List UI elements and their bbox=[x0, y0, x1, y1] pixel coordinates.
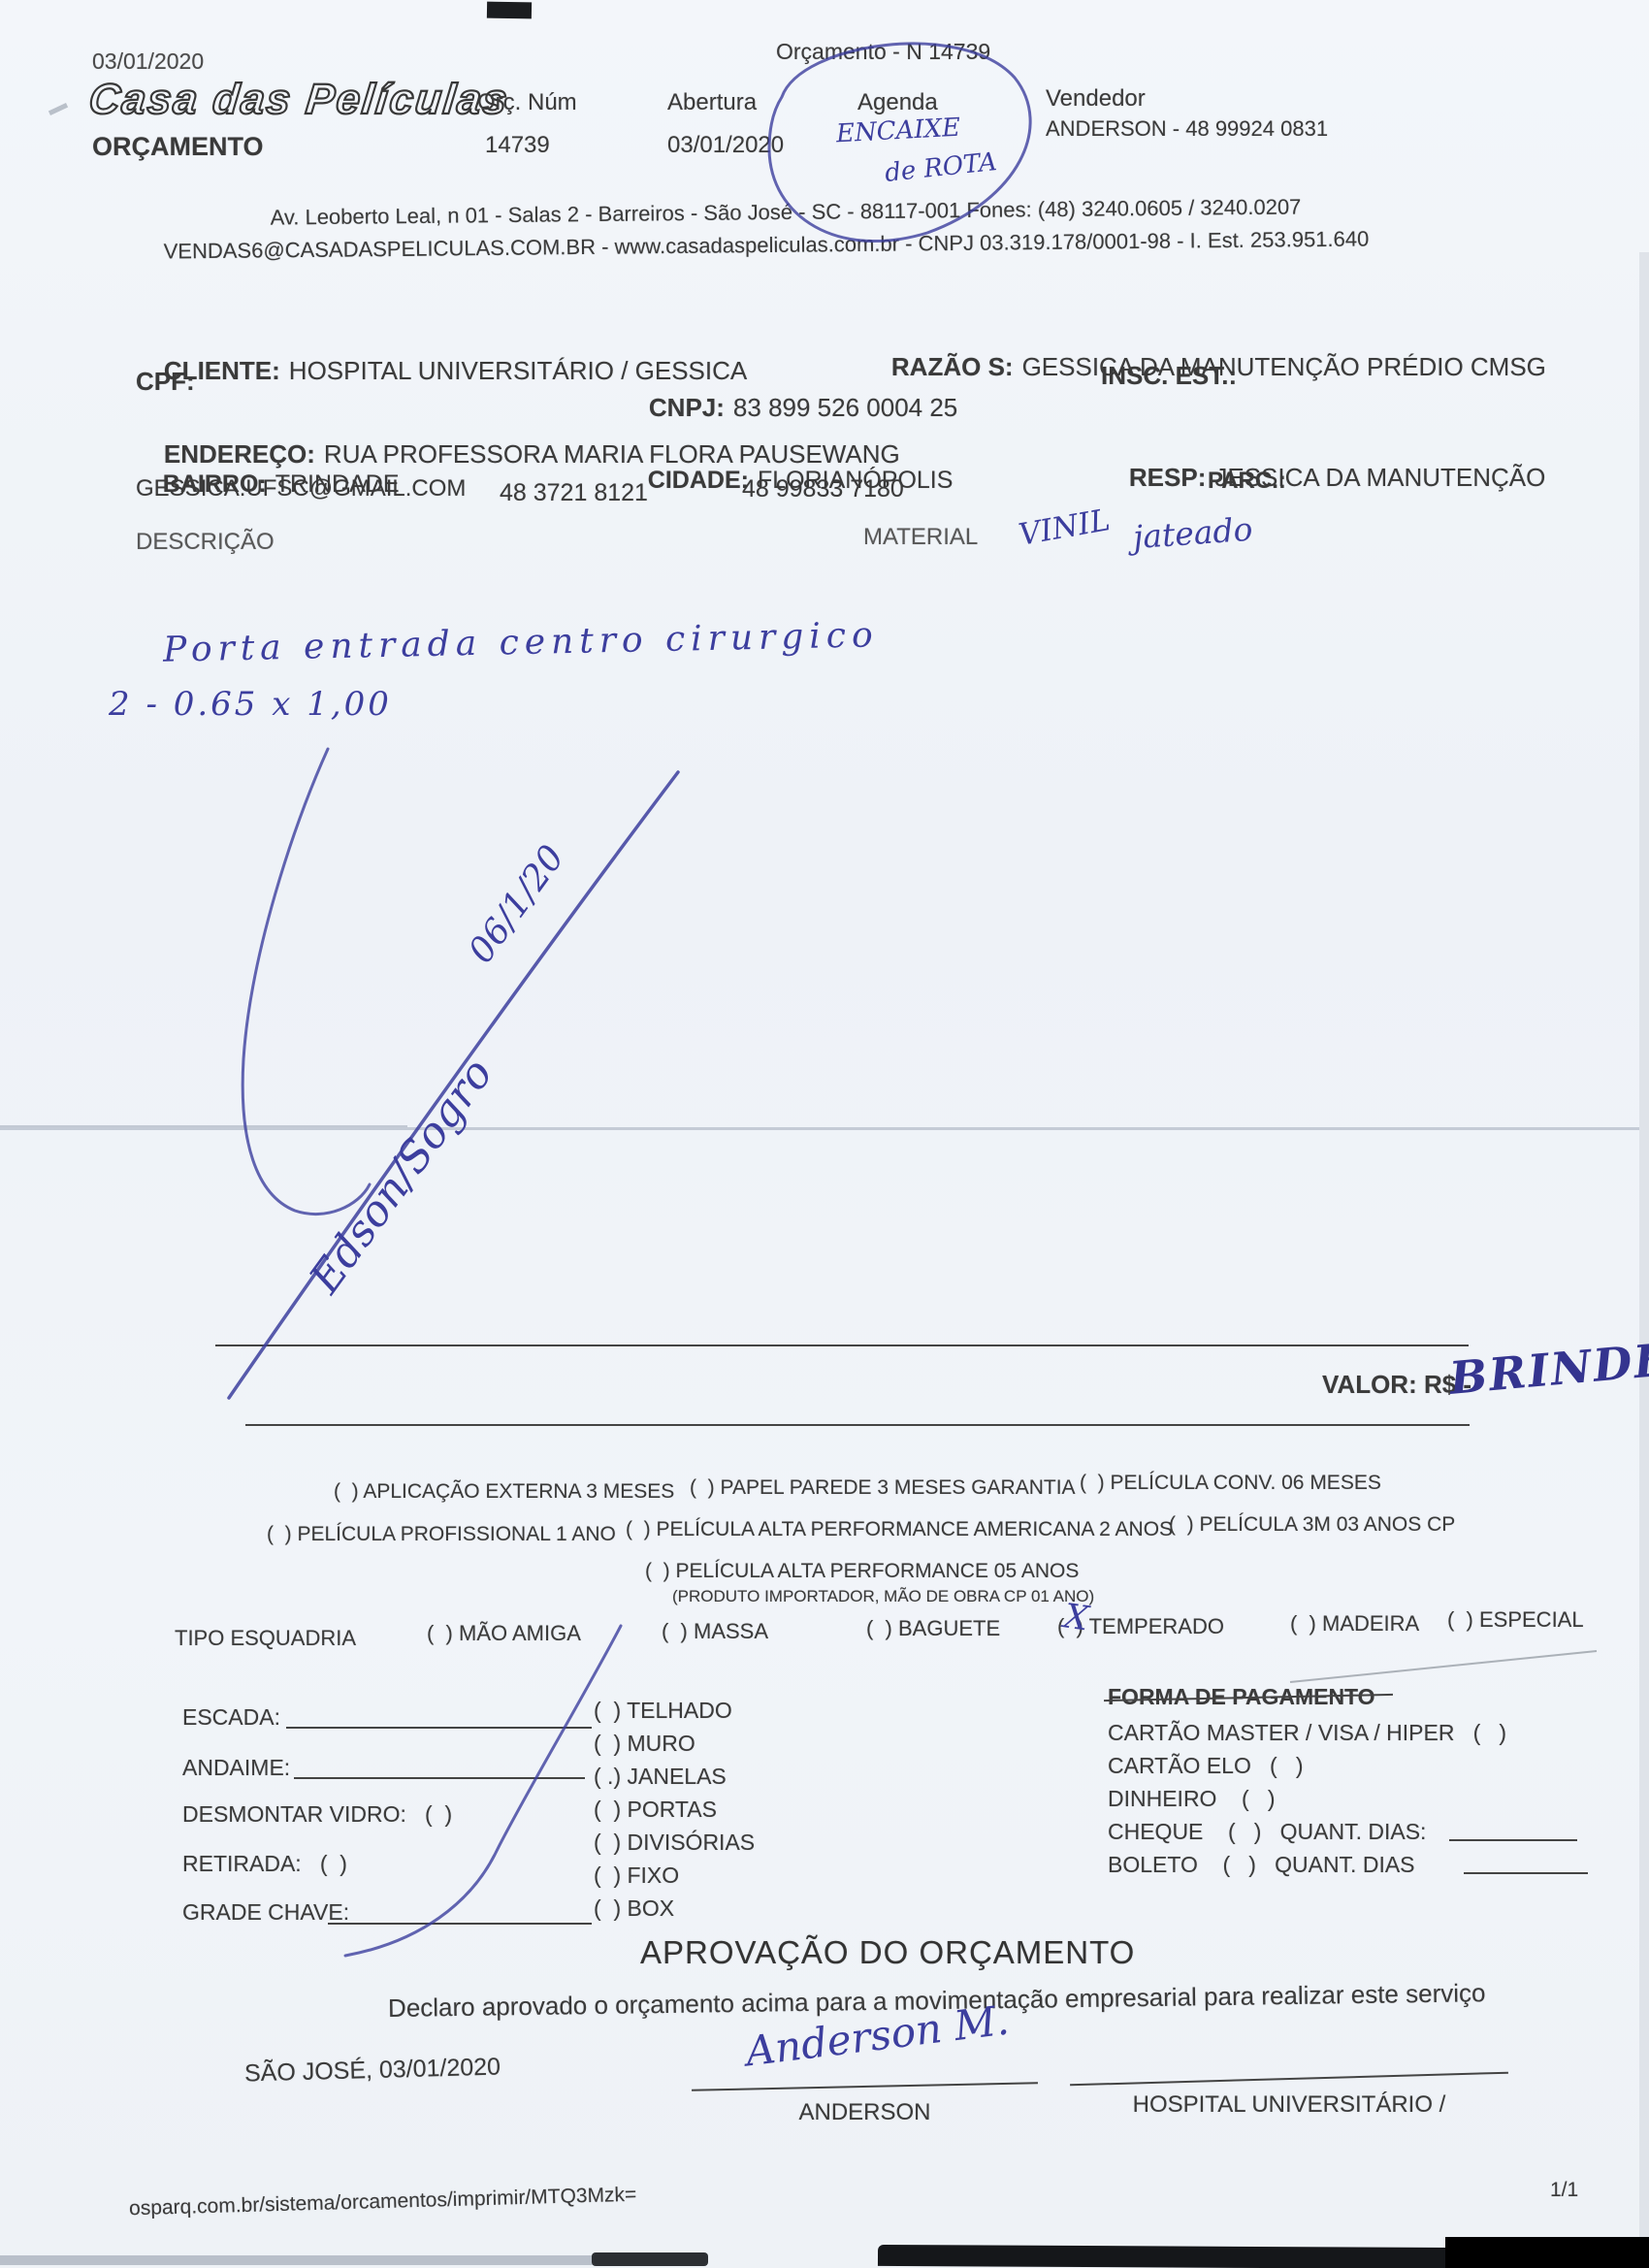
checklist-box: ( ) BOX bbox=[594, 1892, 755, 1925]
escada-fill-line bbox=[286, 1727, 592, 1729]
andaime-fill-line bbox=[294, 1777, 585, 1779]
agenda-handwritten-line2: de ROTA bbox=[884, 147, 998, 188]
scan-fold-line-payment bbox=[1290, 1651, 1597, 1682]
checklist-divisorias: ( ) DIVISÓRIAS bbox=[594, 1826, 755, 1859]
scanner-edge-bottom-blob3 bbox=[1445, 2237, 1649, 2268]
company-logo: Casa das Películas bbox=[86, 76, 511, 124]
warranty-option-subnote: (PRODUTO IMPORTADOR, MÃO DE OBRA CP 01 A… bbox=[672, 1587, 1094, 1606]
cpf-label: CPF: bbox=[136, 367, 195, 397]
valor-bottom-rule bbox=[245, 1424, 1470, 1426]
esquadria-option: ( ) MASSA bbox=[662, 1619, 768, 1644]
payment-option-dinheiro: DINHEIRO ( ) bbox=[1108, 1786, 1276, 1812]
esquadria-option: ( ) BAGUETE bbox=[866, 1616, 1000, 1641]
payment-option-cartao-master: CARTÃO MASTER / VISA / HIPER ( ) bbox=[1108, 1720, 1506, 1746]
paper-crease-line bbox=[0, 1127, 1649, 1130]
warranty-option: ( ) PELÍCULA PROFISSIONAL 1 ANO bbox=[267, 1523, 616, 1546]
pen-stroke-checklist-curve bbox=[345, 1626, 621, 1956]
warranty-option: ( ) PELÍCULA ALTA PERFORMANCE AMERICANA … bbox=[626, 1518, 1173, 1541]
material-handwritten-jateado: jateado bbox=[1132, 510, 1254, 557]
checklist-muro: ( ) MURO bbox=[594, 1727, 755, 1760]
order-ref: Orçamento - N 14739 bbox=[776, 39, 990, 65]
approval-title: APROVAÇÃO DO ORÇAMENTO bbox=[640, 1934, 1106, 1971]
handwritten-diagonal-name: Edson/Sogro bbox=[300, 1050, 502, 1302]
handwritten-note-line2: 2 - 0.65 x 1,00 bbox=[109, 685, 392, 724]
field-label-vendedor: Vendedor bbox=[1046, 85, 1146, 113]
insc-est-label: INSC. EST.: bbox=[1101, 361, 1237, 391]
grade-chave-fill-line bbox=[328, 1923, 592, 1925]
warranty-option: ( ) PELÍCULA ALTA PERFORMANCE 05 ANOS bbox=[645, 1560, 1079, 1583]
checklist-retirada: RETIRADA: ( ) bbox=[182, 1851, 347, 1877]
warranty-option: ( ) PAPEL PAREDE 3 MESES GARANTIA bbox=[690, 1476, 1076, 1500]
valor-handwritten-brinde: BRINDE bbox=[1447, 1333, 1649, 1405]
checklist-desmontar-vidro: DESMONTAR VIDRO: ( ) bbox=[182, 1801, 452, 1828]
handwritten-diagonal-date: 06/1/20 bbox=[461, 838, 572, 970]
payment-option-boleto: BOLETO ( ) QUANT. DIAS bbox=[1108, 1852, 1415, 1878]
warranty-option: ( ) PELÍCULA 3M 03 ANOS CP bbox=[1169, 1513, 1455, 1537]
field-label-orc-num: Orç. Núm bbox=[477, 89, 577, 116]
client-phone-2: 48 99833 7180 bbox=[742, 475, 904, 503]
checklist-escada: ESCADA: bbox=[182, 1704, 280, 1731]
surface-checklist: ( ) TELHADO ( ) MURO ( .) JANELAS ( ) PO… bbox=[594, 1694, 755, 1925]
warranty-option: ( ) APLICAÇÃO EXTERNA 3 MESES bbox=[334, 1480, 674, 1504]
signature-label-client: HOSPITAL UNIVERSITÁRIO / bbox=[1070, 2091, 1508, 2119]
field-value-vendedor: ANDERSON - 48 99924 0831 bbox=[1046, 116, 1328, 142]
checklist-janelas: ( .) JANELAS bbox=[594, 1760, 755, 1793]
material-handwritten-vinil: VINIL bbox=[1017, 502, 1113, 553]
signature-line-vendor bbox=[692, 2082, 1038, 2090]
paper-crease-line-dark bbox=[0, 1125, 407, 1127]
pen-stroke-big-curve bbox=[242, 749, 370, 1215]
field-value-abertura: 03/01/2020 bbox=[667, 132, 784, 159]
agenda-handwritten-line1: ENCAIXE bbox=[835, 113, 961, 149]
scanned-budget-document: 03/01/2020 Orçamento - N 14739 Casa das … bbox=[0, 0, 1649, 2268]
address-line-2: VENDAS6@CASADASPELICULAS.COM.BR - www.ca… bbox=[126, 226, 1406, 265]
scanner-mark-left bbox=[48, 103, 68, 115]
material-label: MATERIAL bbox=[863, 524, 978, 551]
field-label-agenda: Agenda bbox=[857, 89, 938, 116]
cheque-dias-fill-line bbox=[1449, 1839, 1577, 1841]
checklist-telhado: ( ) TELHADO bbox=[594, 1694, 755, 1727]
boleto-dias-fill-line bbox=[1464, 1872, 1588, 1874]
checklist-portas: ( ) PORTAS bbox=[594, 1793, 755, 1826]
cidade-label: CIDADE: bbox=[648, 467, 749, 494]
doc-type-title: ORÇAMENTO bbox=[92, 132, 264, 162]
checklist-andaime: ANDAIME: bbox=[182, 1755, 290, 1781]
footer-url: osparq.com.br/sistema/orcamentos/imprimi… bbox=[129, 2184, 637, 2221]
esquadria-option: ( ) ESPECIAL bbox=[1447, 1607, 1584, 1633]
field-value-orc-num: 14739 bbox=[485, 132, 550, 159]
approval-place-date: SÃO JOSÉ, 03/01/2020 bbox=[244, 2054, 501, 2089]
page-number: 1/1 bbox=[1550, 2179, 1578, 2202]
parc-label: PARC.: bbox=[1208, 468, 1286, 495]
scanner-edge-right bbox=[1639, 252, 1649, 2268]
esquadria-label: TIPO ESQUADRIA bbox=[175, 1626, 356, 1651]
scanner-edge-bottom-gray bbox=[0, 2255, 621, 2265]
descricao-label: DESCRIÇÃO bbox=[136, 529, 275, 556]
checklist-grade-chave: GRADE CHAVE: bbox=[182, 1899, 349, 1926]
address-line-1: Av. Leoberto Leal, n 01 - Salas 2 - Barr… bbox=[145, 193, 1426, 232]
esquadria-option: ( ) MADEIRA bbox=[1290, 1611, 1419, 1636]
handwritten-note-line1: Porta entrada centro cirurgico bbox=[163, 615, 879, 669]
warranty-option: ( ) PELÍCULA CONV. 06 MESES bbox=[1080, 1472, 1381, 1495]
checklist-fixo: ( ) FIXO bbox=[594, 1859, 755, 1892]
scanner-edge-bottom-blob1 bbox=[592, 2252, 708, 2266]
scan-date: 03/01/2020 bbox=[92, 49, 204, 75]
valor-top-rule bbox=[215, 1345, 1469, 1346]
signature-label-vendor: ANDERSON bbox=[692, 2099, 1038, 2126]
resp-label: RESP: bbox=[1129, 463, 1206, 492]
esquadria-option: ( ) MÃO AMIGA bbox=[427, 1621, 581, 1646]
payment-option-cheque: CHEQUE ( ) QUANT. DIAS: bbox=[1108, 1819, 1426, 1845]
scanner-mark-top bbox=[487, 2, 532, 19]
client-phone-1: 48 3721 8121 bbox=[500, 479, 648, 507]
signature-line-client bbox=[1070, 2072, 1508, 2087]
payment-option-cartao-elo: CARTÃO ELO ( ) bbox=[1108, 1753, 1304, 1779]
resp-row: RESP:JESSICA DA MANUTENÇÃO bbox=[1101, 433, 1545, 523]
field-label-abertura: Abertura bbox=[667, 89, 757, 116]
client-email: GESSICA.UFSC@GMAIL.COM bbox=[136, 475, 466, 502]
